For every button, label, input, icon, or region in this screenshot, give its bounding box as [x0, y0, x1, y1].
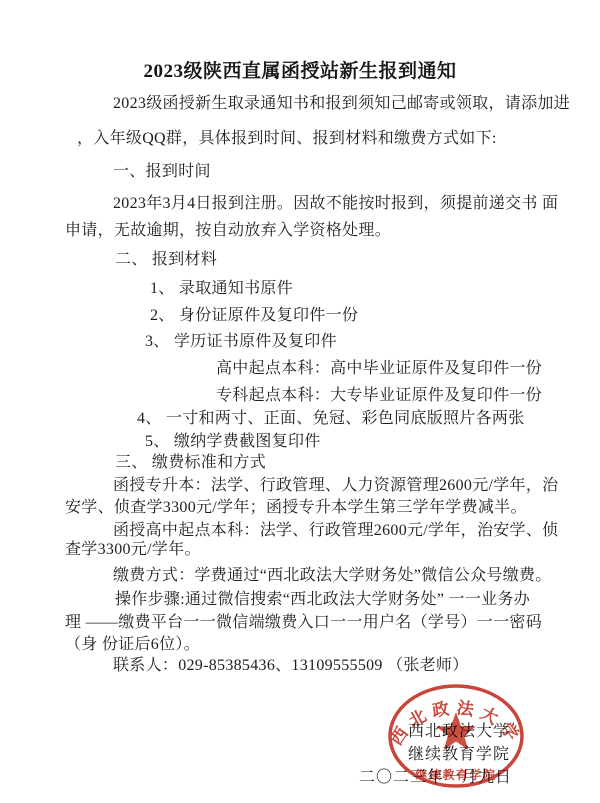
seal-bottom-text: 继续教育学院	[415, 767, 496, 782]
body-line: ，入年级QQ群，具体报到时间、报到材料和缴费方式如下:	[65, 129, 542, 149]
body-line: 查学3300元/学年。	[65, 540, 542, 560]
body-line: 申请，无故逾期，按自动放弃入学资格处理。	[65, 221, 542, 241]
body-line: 理 ——缴费平台一一微信端缴费入口一一用户名（学号）一一密码	[65, 613, 542, 633]
notice-title: 2023级陕西直属函授站新生报到通知	[0, 56, 600, 83]
body-line: 缴费方式：学费通过“西北政法大学财务处”微信公众号缴费。	[65, 566, 542, 586]
body-line: 安学、侦查学3300元/学年；函授专升本学生第三学年学费减半。	[65, 498, 542, 518]
list-subitem: 高中起点本科：高中毕业证原件及复印件一份	[65, 359, 542, 379]
list-item: 4、 一寸和两寸、正面、免冠、彩色同底版照片各两张	[65, 409, 542, 429]
list-subitem: 专科起点本科：大专毕业证原件及复印件一份	[65, 386, 542, 406]
body-line: 操作步骤:通过微信搜索“西北政法大学财务处” 一一业务办	[65, 590, 542, 610]
list-item: 2、 身份证原件及复印件一份	[65, 306, 542, 326]
list-item: 3、 学历证书原件及复印件	[65, 332, 542, 352]
body-line: 2023级函授新生取录通知书和报到须知己邮寄或领取，请添加进	[65, 94, 542, 114]
official-seal: 西北政法大学 继续教育学院	[384, 681, 528, 791]
section-heading-3: 三、 缴费标准和方式	[65, 453, 542, 473]
section-heading-1: 一、报到时间	[65, 162, 542, 182]
body-line: 2023年3月4日报到注册。因故不能按时报到，须提前递交书 面	[65, 194, 542, 214]
body-line: （身 份证后6位）。	[65, 635, 542, 655]
section-heading-2: 二、 报到材料	[65, 250, 542, 270]
body-line: 函授高中起点本科：法学、行政管理2600元/学年，治安学、侦	[65, 521, 542, 541]
body-line: 函授专升本：法学、行政管理、人力资源管理2600元/学年，治	[65, 476, 542, 496]
contact-line: 联系人：029-85385436、13109555509 （张老师）	[65, 656, 542, 676]
list-item: 5、 缴纳学费截图复印件	[65, 432, 542, 452]
list-item: 1、 录取通知书原件	[65, 279, 542, 299]
notice-document: 2023级陕西直属函授站新生报到通知 2023级函授新生取录通知书和报到须知己邮…	[0, 0, 600, 803]
